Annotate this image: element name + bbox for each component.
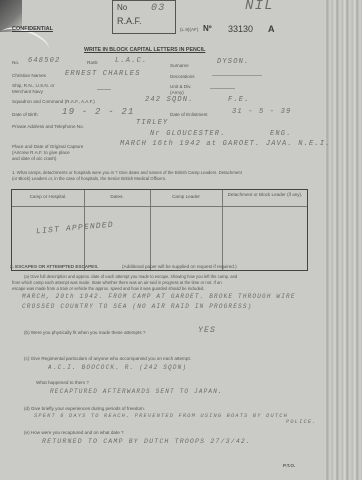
squadron-label: Squadron and Command (R.A.F., A.A.F.) <box>12 99 95 104</box>
answer-c: A.C.I. BOOCOCK. R. (242 SQDN) <box>48 364 187 371</box>
series-letter: A <box>268 24 275 34</box>
nil-annotation: NIL <box>245 0 274 14</box>
q-c-2: What happened to them ? <box>36 380 89 385</box>
capture-value: MARCH 16th 1942 at GAROET. JAVA. N.E.I. <box>120 140 331 148</box>
enlist-label: Date of Enlistment <box>170 112 208 117</box>
squadron-value: 242 SQDN. <box>145 96 194 104</box>
q-d: (d) Give briefly your experiences during… <box>24 406 145 411</box>
capture-label-3: and date of a/c crash) <box>12 156 56 161</box>
answer-d-line2: POLICE. <box>286 419 317 425</box>
address-label: Private Address and Telephone No. <box>12 124 84 129</box>
christian-label: Christian Names <box>12 73 46 78</box>
stamp-raf: R.A.F. <box>117 16 142 26</box>
answer-c-2: RECAPTURED AFTERWARDS SENT TO JAPAN. <box>50 388 223 395</box>
dob-value: 19 - 2 - 21 <box>62 107 135 117</box>
classification-label: CONFIDENTIAL <box>12 26 53 32</box>
unit-line <box>210 88 235 89</box>
table-header-dates: Dates. <box>84 194 150 199</box>
ship-line <box>97 89 111 90</box>
q-b: (b) Were you physically fit when you mad… <box>24 330 145 335</box>
answer-d-line1: SPENT 6 DAYS TO REACH. PREVENTED FROM US… <box>34 413 288 419</box>
christian-value: ERNEST CHARLES <box>65 70 141 78</box>
stamp-no: No <box>117 3 127 12</box>
answer-b: YES <box>198 326 216 335</box>
table-col-divider <box>222 190 223 270</box>
camps-table: Camp or Hospital. Dates. Camp Leader Det… <box>11 189 308 271</box>
unit-label: Unit & Div. (Army) <box>170 84 200 95</box>
surname-label: Surname <box>170 63 189 68</box>
stamp-number: 03 <box>151 3 165 14</box>
document-page: CONFIDENTIAL No R.A.F. 03 NIL (L.9)(AF) … <box>0 0 325 480</box>
q-e: (e) How were you recaptured and on what … <box>24 430 124 435</box>
decorations-line <box>212 75 262 76</box>
answer-a-line1: MARCH, 20th 1942. FROM CAMP AT GAROET. B… <box>22 293 296 300</box>
table-header-camp: Camp or Hospital. <box>12 194 84 199</box>
address-country: ENG. <box>270 130 292 138</box>
form-ref: (L.9)(AF) <box>180 27 198 32</box>
answer-a-line2: CROSSED COUNTRY TO SEA (NO AIR RAID IN P… <box>22 303 252 310</box>
rank-label: Rank <box>87 60 98 65</box>
table-header-leader: Camp Leader <box>150 194 222 199</box>
table-col-divider <box>150 190 151 270</box>
no-value: 648502 <box>28 57 60 65</box>
section2-title: 2. ESCAPES OR ATTEMPTED ESCAPES. <box>10 264 99 269</box>
address-line2: Nr GLOUCESTER. <box>150 130 226 138</box>
capture-label-1: Place and Date of Original Capture <box>12 144 83 149</box>
pto-label: P.T.O. <box>283 463 295 468</box>
q-a-line2: from which camp each attempt was made. S… <box>12 280 222 285</box>
rank-value: L.A.C. <box>115 57 147 65</box>
number-label: Nº <box>203 24 212 33</box>
dob-label: Date of Birth <box>12 112 38 117</box>
q-a-line1: (a) Give full description and approx. da… <box>24 274 237 279</box>
address-line1: TIRLEY <box>136 119 168 127</box>
q-c: (c) Give Regimental particulars of anyon… <box>24 356 191 361</box>
table-header-detachment: Detachment or Block Leader (if any). <box>226 192 304 197</box>
table-entry: LIST APPENDED <box>36 221 115 237</box>
q-a-line3: escape was made from a train or vehicle … <box>12 286 205 291</box>
surname-value: DYSON. <box>217 58 249 66</box>
answer-e: RETURNED TO CAMP BY DUTCH TROOPS 27/3/42… <box>42 438 251 445</box>
enlist-value: 31 - 5 - 39 <box>232 108 291 116</box>
no-label: No. <box>12 60 19 65</box>
command-value: F.E. <box>228 96 250 104</box>
underlying-pages <box>322 0 362 480</box>
form-number: 33130 <box>228 24 253 34</box>
section2-note: (Additional paper will be supplied on re… <box>122 264 237 269</box>
ship-label: Ship, R.N., U.S.N. or Merchant Navy <box>12 83 60 94</box>
raf-stamp: No R.A.F. 03 <box>112 0 176 34</box>
table-header-divider <box>12 206 307 207</box>
section1-question-2: (or Block) Leaders or, in the case of ho… <box>12 176 166 181</box>
section1-question-1: 1. What camps, detachments or hospitals … <box>12 170 242 175</box>
decorations-label: Decorations <box>170 74 195 79</box>
capture-label-2: (Aircrew R.A.F. to give place <box>12 150 70 155</box>
instruction-heading: WRITE IN BLOCK CAPITAL LETTERS IN PENCIL <box>84 47 205 53</box>
